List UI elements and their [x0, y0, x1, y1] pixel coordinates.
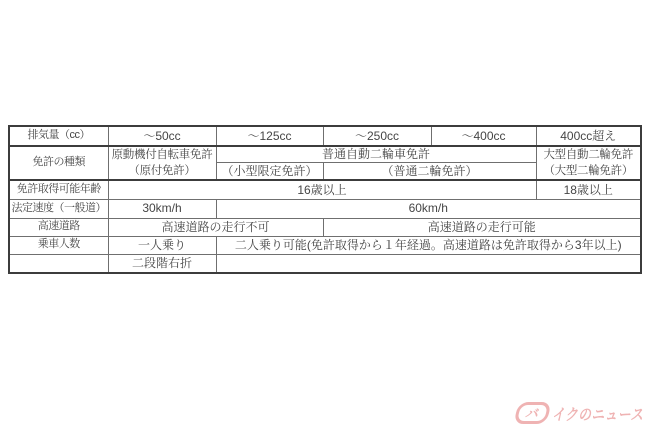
cell-moped-license: 原動機付自転車免許 （原付免許）	[108, 146, 216, 180]
cell-highway-allowed: 高速道路の走行可能	[323, 218, 641, 236]
cell-two-stage-right-turn: 二段階右折	[108, 254, 216, 273]
passengers-label: 乗車人数	[9, 236, 108, 254]
cell-age-18: 18歳以上	[536, 180, 641, 199]
cell-single-rider: 一人乗り	[108, 236, 216, 254]
cell-small-limited-license: （小型限定免許）	[216, 162, 323, 180]
cell-tandem-allowed: 二人乗り可能(免許取得から１年経過。高速道路は免許取得から3年以上)	[216, 236, 641, 254]
license-type-label: 免許の種類	[9, 146, 108, 180]
row-license-type: 免許の種類 原動機付自転車免許 （原付免許） 普通自動二輪車免許 大型自動二輪免…	[9, 146, 641, 162]
displacement-400cc: ～400cc	[431, 126, 536, 146]
displacement-125cc: ～125cc	[216, 126, 323, 146]
large-license-name: 大型自動二輪免許	[538, 147, 640, 163]
minimum-age-label: 免許取得可能年齢	[9, 180, 108, 199]
displacement-250cc: ～250cc	[323, 126, 431, 146]
canvas: 排気量（cc） ～50cc ～125cc ～250cc ～400cc 400cc…	[0, 0, 650, 433]
moped-license-name: 原動機付自転車免許	[110, 147, 215, 163]
row-highway: 高速道路 高速道路の走行不可 高速道路の走行可能	[9, 218, 641, 236]
watermark-badge-icon: バ	[513, 402, 551, 424]
large-license-alias: （大型二輪免許）	[538, 163, 640, 179]
cell-speed-30: 30km/h	[108, 199, 216, 218]
watermark-badge-char: バ	[524, 407, 540, 420]
row-displacement: 排気量（cc） ～50cc ～125cc ～250cc ～400cc 400cc…	[9, 126, 641, 146]
cell-speed-60: 60km/h	[216, 199, 641, 218]
moped-license-alias: （原付免許）	[110, 163, 215, 179]
license-comparison-table: 排気量（cc） ～50cc ～125cc ～250cc ～400cc 400cc…	[8, 125, 642, 274]
highway-label: 高速道路	[9, 218, 108, 236]
watermark-logo-text: イクのニュース	[552, 402, 644, 425]
cell-standard-motorcycle-license: 普通自動二輪車免許	[216, 146, 536, 162]
row-minimum-age: 免許取得可能年齢 16歳以上 18歳以上	[9, 180, 641, 199]
cell-standard-license-alias: （普通二輪免許）	[323, 162, 536, 180]
cell-large-motorcycle-license: 大型自動二輪免許 （大型二輪免許）	[536, 146, 641, 180]
row-speed-limit: 法定速度（一般道） 30km/h 60km/h	[9, 199, 641, 218]
displacement-over-400cc: 400cc超え	[536, 126, 641, 146]
empty-label-cell	[9, 254, 108, 273]
cell-highway-not-allowed: 高速道路の走行不可	[108, 218, 323, 236]
empty-cell	[216, 254, 641, 273]
displacement-label: 排気量（cc）	[9, 126, 108, 146]
row-two-stage-turn: 二段階右折	[9, 254, 641, 273]
displacement-50cc: ～50cc	[108, 126, 216, 146]
bike-no-news-watermark-logo: バ イクのニュース	[516, 400, 650, 426]
row-passengers: 乗車人数 一人乗り 二人乗り可能(免許取得から１年経過。高速道路は免許取得から3…	[9, 236, 641, 254]
speed-limit-label: 法定速度（一般道）	[9, 199, 108, 218]
cell-age-16: 16歳以上	[108, 180, 536, 199]
